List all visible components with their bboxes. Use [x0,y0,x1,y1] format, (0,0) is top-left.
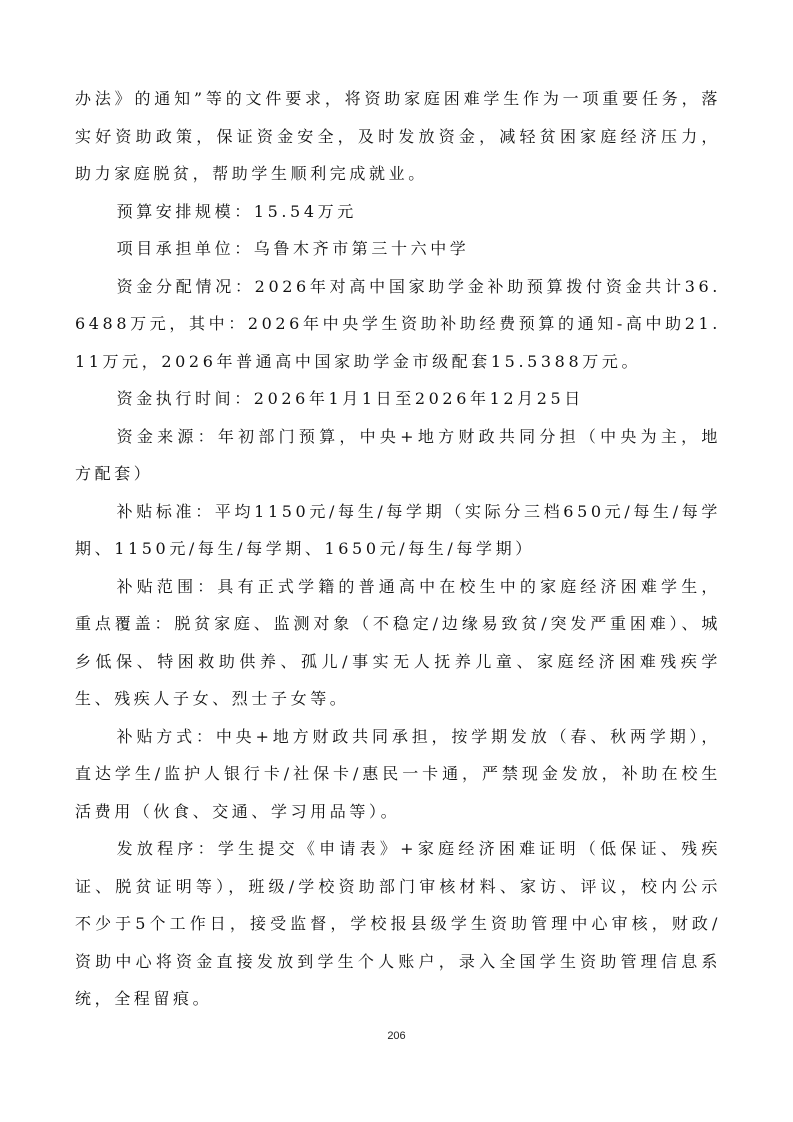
paragraph-fund-allocation: 资金分配情况：2026年对高中国家助学金补助预算拨付资金共计36.6488万元，… [75,268,721,381]
paragraph-budget-scale: 预算安排规模：15.54万元 [75,193,721,231]
paragraph-purpose: 办法》的通知”等的文件要求，将资助家庭困难学生作为一项重要任务，落实好资助政策，… [75,80,721,193]
paragraph-execution-time: 资金执行时间：2026年1月1日至2026年12月25日 [75,380,721,418]
page-number: 206 [0,1030,793,1042]
paragraph-subsidy-standard: 补贴标准：平均1150元/每生/每学期（实际分三档650元/每生/每学期、115… [75,493,721,568]
paragraph-undertaking-unit: 项目承担单位：乌鲁木齐市第三十六中学 [75,230,721,268]
paragraph-distribution-procedure: 发放程序：学生提交《申请表》+家庭经济困难证明（低保证、残疾证、脱贫证明等），班… [75,830,721,1018]
paragraph-subsidy-scope: 补贴范围：具有正式学籍的普通高中在校生中的家庭经济困难学生，重点覆盖：脱贫家庭、… [75,568,721,718]
document-body: 办法》的通知”等的文件要求，将资助家庭困难学生作为一项重要任务，落实好资助政策，… [75,80,721,1018]
paragraph-fund-source: 资金来源：年初部门预算，中央+地方财政共同分担（中央为主，地方配套） [75,418,721,493]
paragraph-subsidy-method: 补贴方式：中央+地方财政共同承担，按学期发放（春、秋两学期），直达学生/监护人银… [75,718,721,831]
